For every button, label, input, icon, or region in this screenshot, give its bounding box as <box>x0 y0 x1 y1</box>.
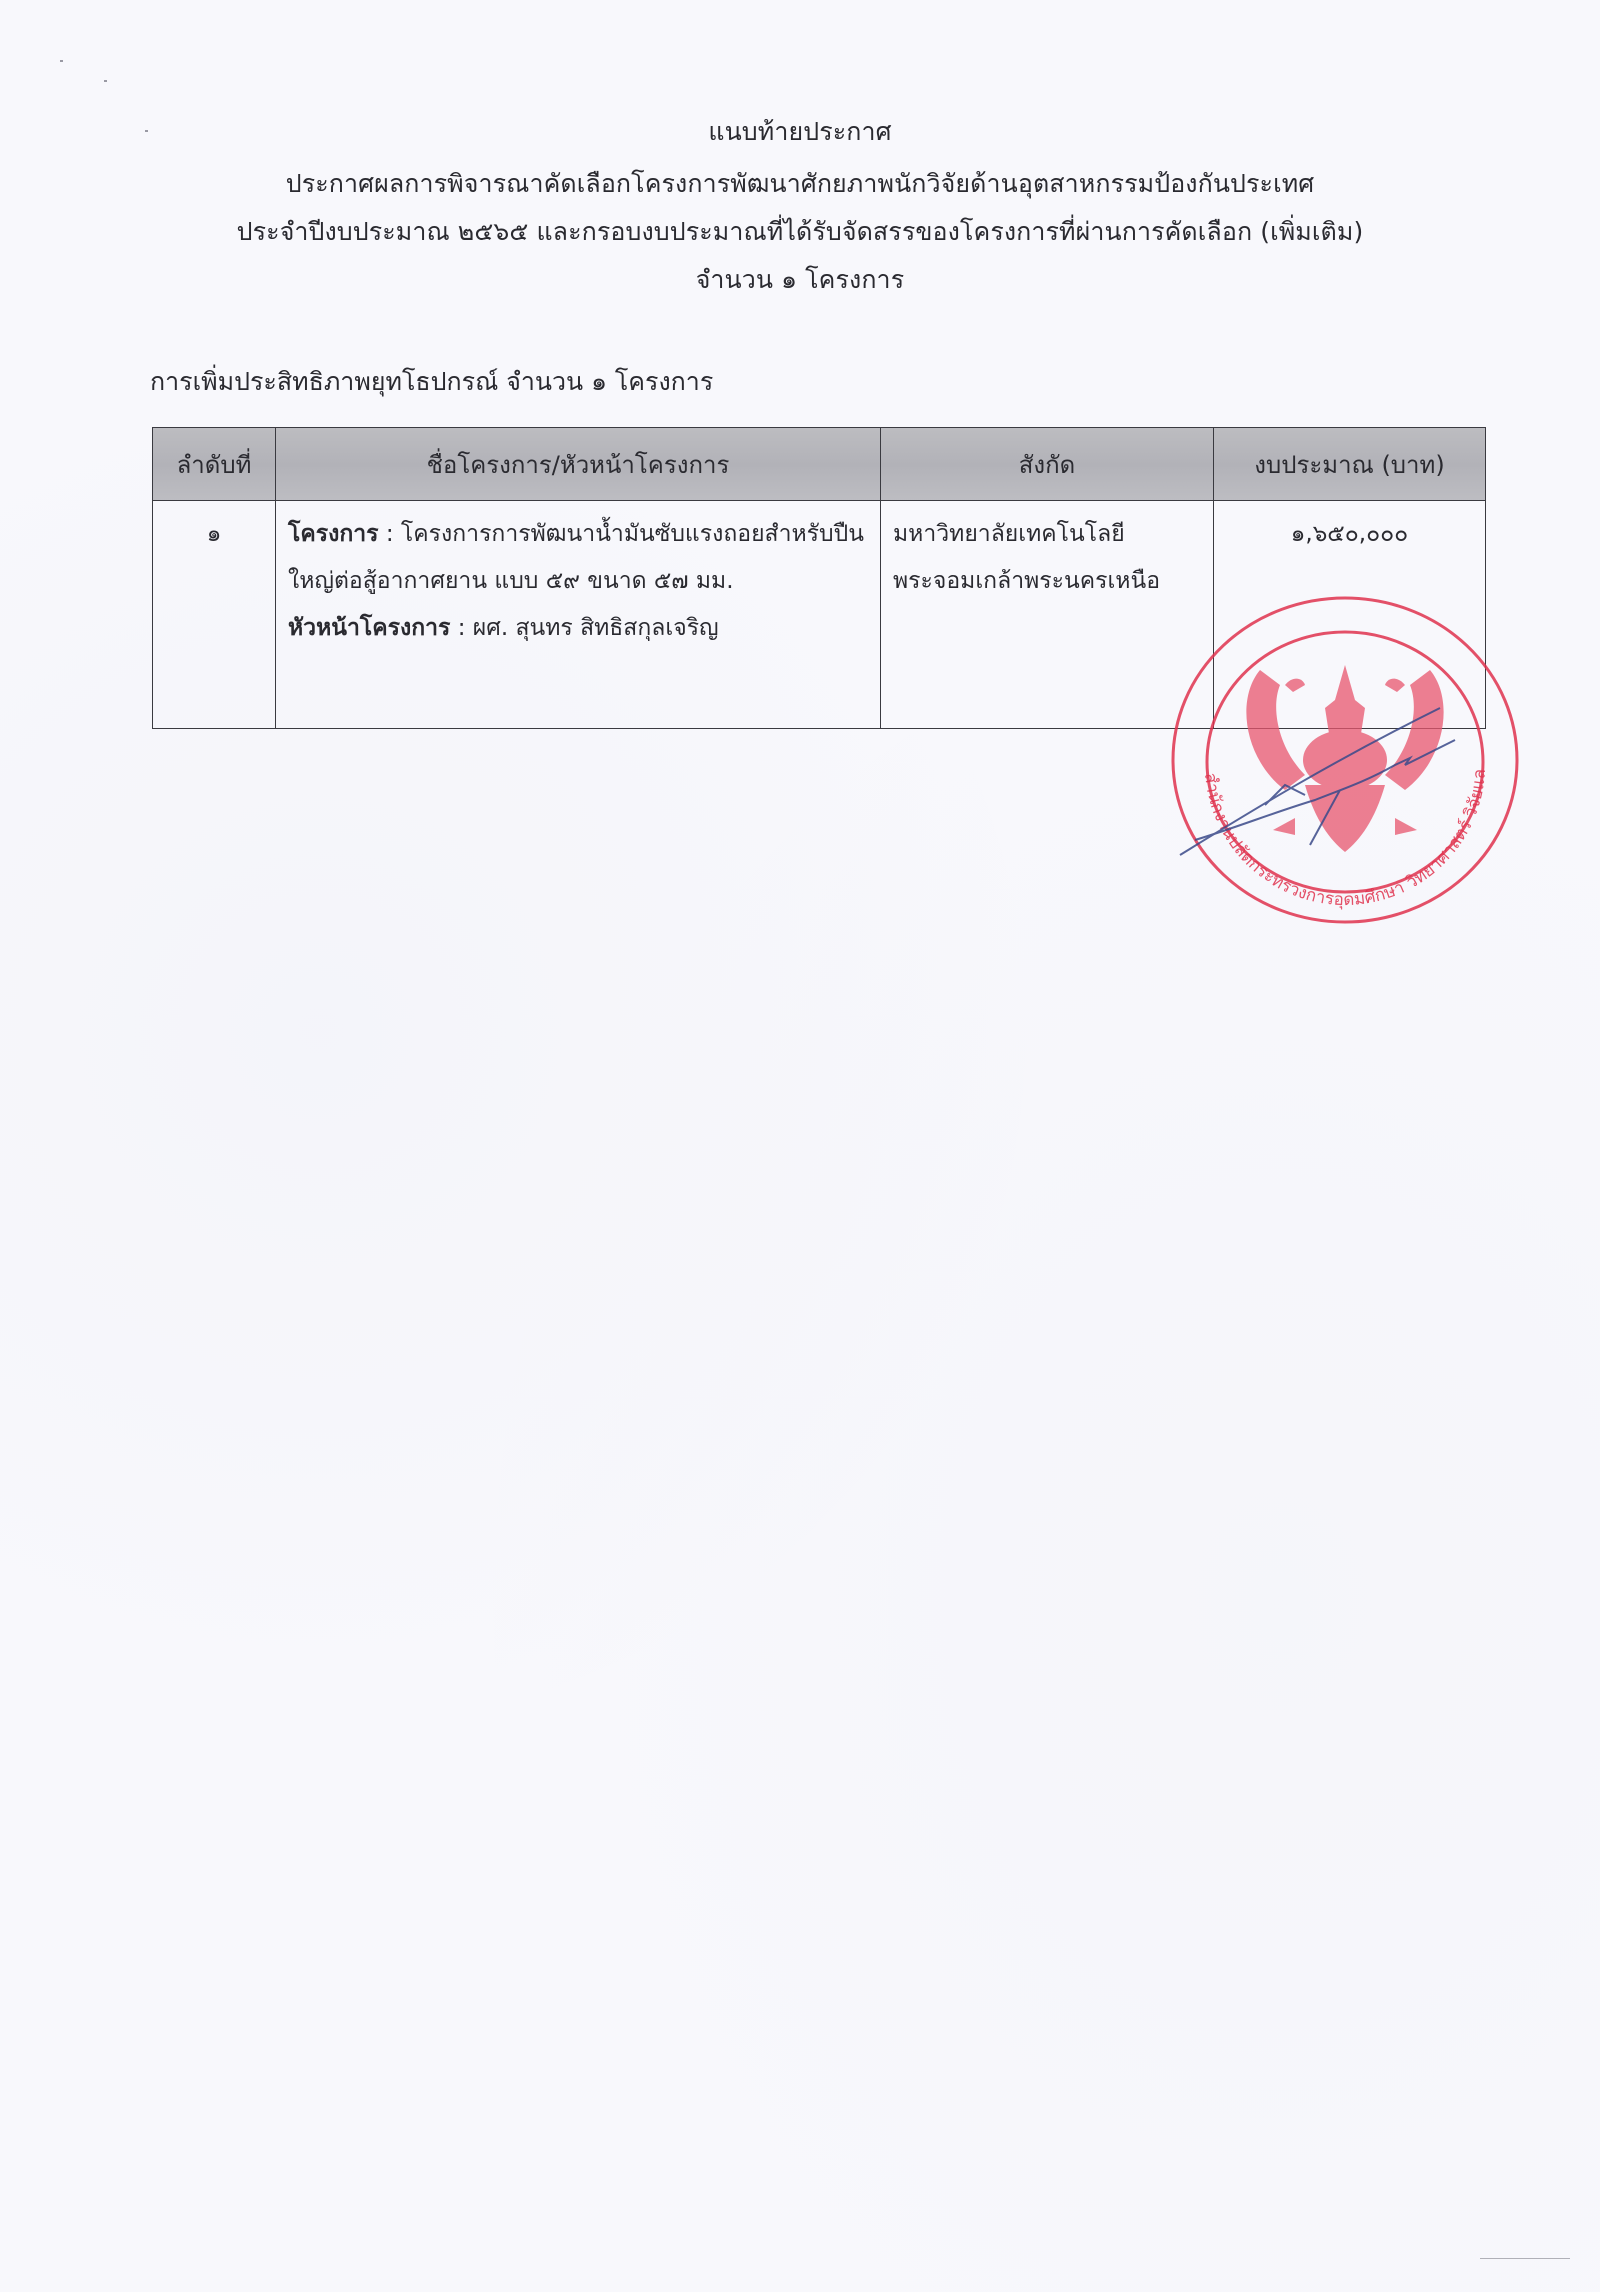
table-header-row: ลำดับที่ ชื่อโครงการ/หัวหน้าโครงการ สังก… <box>153 428 1486 501</box>
header-budget: งบประมาณ (บาท) <box>1214 428 1486 501</box>
attachment-title: แนบท้ายประกาศ <box>0 108 1600 160</box>
project-separator: : <box>379 521 401 547</box>
header-project: ชื่อโครงการ/หัวหน้าโครงการ <box>276 428 881 501</box>
leader-line: หัวหน้าโครงการ : ผศ. สุนทร สิทธิสกุลเจริ… <box>288 605 868 652</box>
announcement-title-line-1: ประกาศผลการพิจารณาคัดเลือกโครงการพัฒนาศั… <box>0 160 1600 208</box>
leader-separator: : <box>450 615 472 641</box>
project-label: โครงการ <box>288 521 379 547</box>
project-table: ลำดับที่ ชื่อโครงการ/หัวหน้าโครงการ สังก… <box>152 427 1486 729</box>
scan-edge-mark <box>1480 2258 1570 2259</box>
project-line: โครงการ : โครงการการพัฒนาน้ำมันซับแรงถอย… <box>288 511 868 605</box>
paper-background <box>0 0 1600 2292</box>
announcement-title-line-2: ประจำปีงบประมาณ ๒๕๖๕ และกรอบงบประมาณที่ไ… <box>0 208 1600 256</box>
document-title-block: แนบท้ายประกาศ ประกาศผลการพิจารณาคัดเลือก… <box>0 108 1600 304</box>
leader-name: ผศ. สุนทร สิทธิสกุลเจริญ <box>473 615 719 641</box>
announcement-title-count: จำนวน ๑ โครงการ <box>0 256 1600 304</box>
cell-project: โครงการ : โครงการการพัฒนาน้ำมันซับแรงถอย… <box>276 501 881 729</box>
section-heading: การเพิ่มประสิทธิภาพยุทโธปกรณ์ จำนวน ๑ โค… <box>150 362 713 402</box>
cell-affiliation: มหาวิทยาลัยเทคโนโลยีพระจอมเกล้าพระนครเหน… <box>881 501 1214 729</box>
header-affiliation: สังกัด <box>881 428 1214 501</box>
cell-budget: ๑,๖๕๐,๐๐๐ <box>1214 501 1486 729</box>
header-no: ลำดับที่ <box>153 428 276 501</box>
leader-label: หัวหน้าโครงการ <box>288 615 450 641</box>
scan-speck <box>104 80 107 82</box>
table-row: ๑ โครงการ : โครงการการพัฒนาน้ำมันซับแรงถ… <box>153 501 1486 729</box>
scan-speck <box>60 60 63 62</box>
signature-icon <box>1180 708 1455 855</box>
cell-no: ๑ <box>153 501 276 729</box>
